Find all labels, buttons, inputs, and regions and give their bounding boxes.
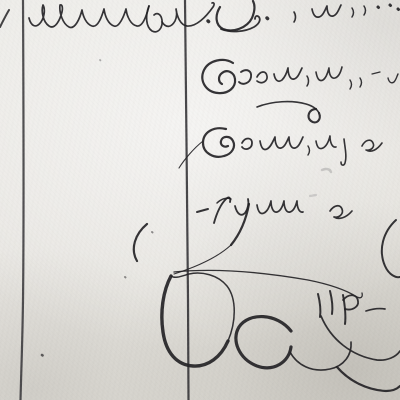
line2-trail-comma-1 [350,80,352,89]
line3-capital-s [203,128,234,157]
line1-edge-tick [0,10,9,27]
line3-descender [341,139,346,165]
line1-word-descender [147,6,163,32]
line1-period-2 [267,18,268,19]
line1-trail-dot-3 [398,9,399,10]
line1-word-ending [162,3,214,27]
handwriting-ink-layer [0,0,400,400]
line3-minims-1 [260,137,303,150]
line1-capital-d-bowl [217,1,255,30]
line1-trail-comma-2 [364,6,366,15]
line4-dash [197,209,208,212]
line1-word-minims [29,5,149,28]
line1-period-1 [208,21,209,22]
flourish-bottom-arc [337,367,400,391]
ink-smudge-faint [310,195,316,196]
line1-trail-comma-1 [352,8,354,17]
line2-minims-2 [316,67,342,81]
flourish-top-sweep [174,270,362,297]
line3-connector [179,141,203,168]
line1-trail-dot-2 [390,5,391,6]
line3-ending [362,140,382,151]
line3-o [242,139,252,150]
flourish-loop-thin [171,273,234,341]
line2-minims-1 [274,68,302,81]
line2-trail-u [388,74,398,83]
flourish-inner-tail [290,342,351,370]
line3-ghost-smudge [322,169,331,172]
column-rule-left [21,0,24,400]
flourish-paren-left [134,224,147,261]
line4-u-descender-hairline [174,245,231,274]
line5-dash [366,309,385,311]
line3-comma [308,146,310,155]
line2-capital [202,60,235,93]
edge-flourish-right [382,220,400,277]
flourish-under-arc [321,316,400,360]
column-rule-right [185,0,189,400]
line2-e [257,72,267,83]
manuscript-photo [0,0,400,400]
line2-trail-dash [372,72,380,74]
line1-comma [294,12,296,22]
line3-minims-2 [316,136,336,149]
flourish-loop-thick [162,276,228,366]
line4-minims [257,201,303,214]
line2-comma [307,76,309,86]
line1-minims-right [312,5,341,17]
flourish-inner-loop [236,317,291,368]
line4-ending [330,206,352,219]
line5-p-stem-1 [318,294,320,317]
line2-trail-comma-2 [360,78,362,87]
line5-p-stem-2 [330,291,332,314]
line2-capital-curl [239,70,251,84]
line4-t-stem [214,198,230,223]
line1-trail-dot-1 [378,7,379,8]
